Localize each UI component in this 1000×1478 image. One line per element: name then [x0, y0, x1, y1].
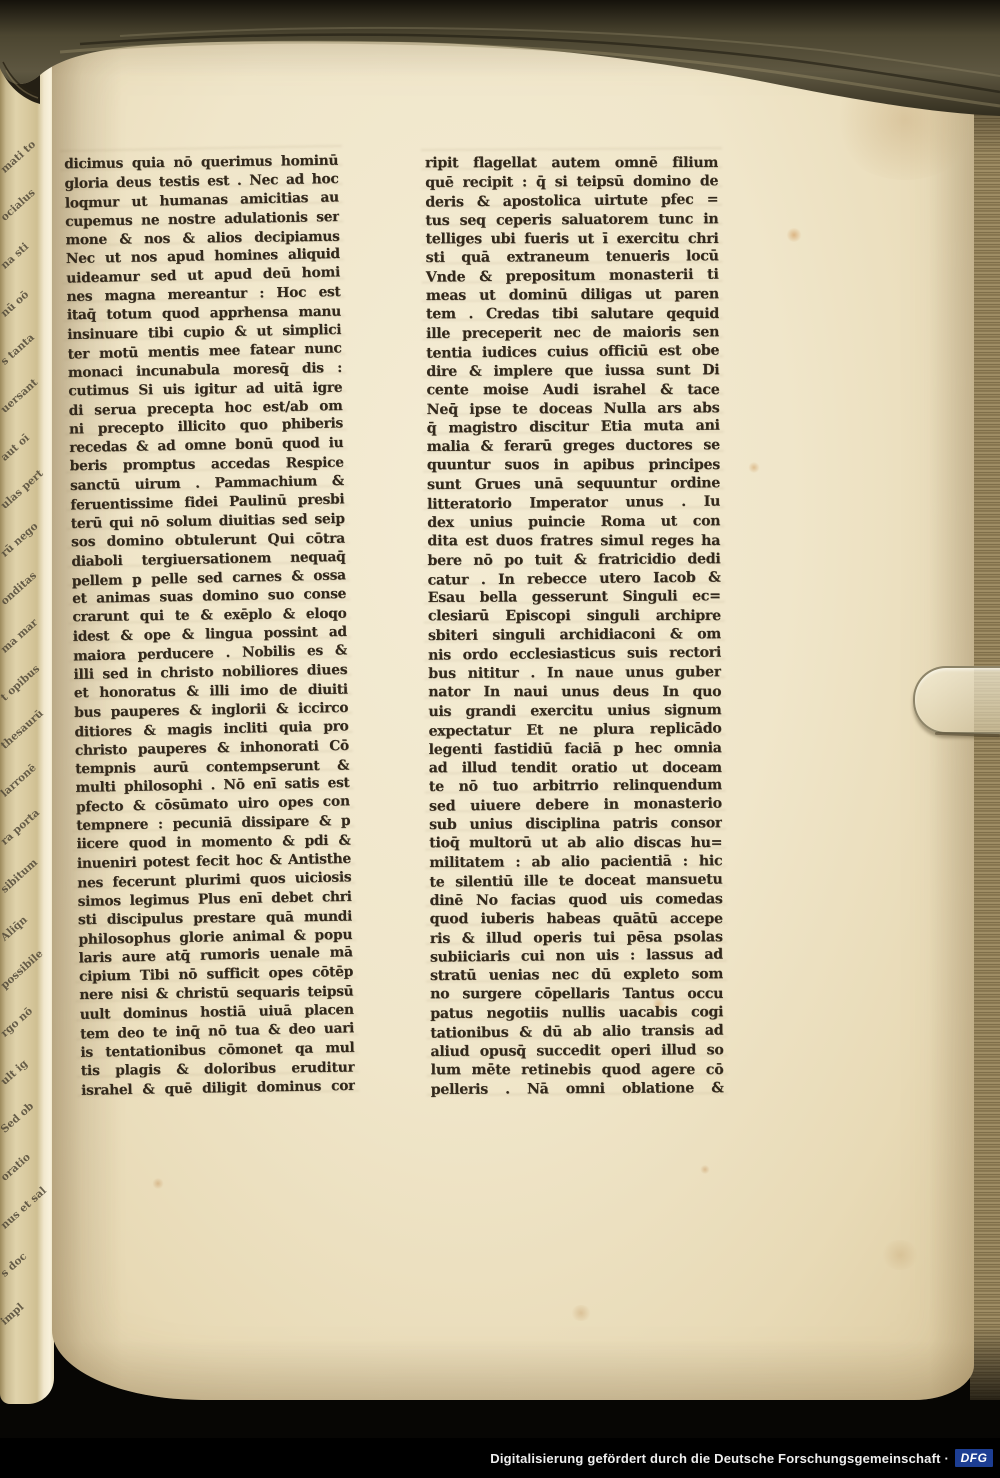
text-line: nator In naui unus deus In quo — [428, 683, 721, 702]
text-line: cutimus Si uis igitur ad uitā igre — [68, 378, 342, 400]
text-line: sti discipulus prestare quā mundi — [78, 907, 352, 929]
text-line: ripit flagellat autem omnē filium — [425, 154, 718, 173]
text-line: itaq̄ totum quod apprhensa manu — [67, 303, 341, 325]
text-line: te silentiū ille te doceat mansuetu — [429, 870, 722, 892]
page-holder-clip — [913, 666, 1000, 734]
text-line: sunt Grues unā sequuntur ordine — [427, 474, 720, 495]
margin-text-fragment: oratio — [0, 1141, 45, 1183]
margin-text-fragment: s doc — [0, 1237, 45, 1279]
margin-text-fragment: sibitum — [0, 853, 45, 895]
text-line: uis grandi exercitu unius signum — [428, 701, 721, 722]
text-line: sos domino obtulerunt Qui cōtra — [71, 529, 345, 551]
text-line: dex unius puincie Roma ut con — [427, 512, 720, 533]
facing-page-edge: mati toocialusna stinū oōs tantauersanta… — [0, 16, 54, 1404]
margin-text-fragment: Aliq̄n — [0, 901, 45, 943]
digitization-credit-bar: Digitalisierung gefördert durch die Deut… — [0, 1438, 1000, 1478]
margin-text-fragment: na sti — [0, 229, 45, 271]
text-line: Vnde & prepositum monasterii ti — [426, 266, 719, 288]
margin-text-fragment: rgo nō — [0, 997, 45, 1039]
text-line: bus nititur . In naue unus guber — [428, 663, 721, 684]
text-line: q̄ magistro discitur Etia muta ani — [427, 417, 720, 439]
text-line: sub unius disciplina patris consor — [429, 814, 722, 835]
text-line: expectatur Et ne plura replicādo — [428, 719, 721, 741]
text-line: stratū uenias nec dū expleto som — [430, 965, 723, 986]
text-column-left: dicimus quia nō querimus hominūgloria de… — [64, 151, 355, 1100]
text-line: tem . Credas tibi salutare qequid — [426, 305, 719, 324]
margin-text-fragment: uersant — [0, 373, 45, 415]
text-line: dinē No facias quod uis comedas — [430, 890, 723, 911]
margin-text-fragment: Sed ob — [0, 1093, 45, 1135]
text-line: subiiciaris cui non uis : lassus ad — [430, 946, 723, 968]
margin-text-fragment: ulas pert — [0, 469, 45, 511]
text-line: dita est duos fratres simul reges ha — [427, 532, 720, 551]
text-line: tentia iudices cuius officiū est obe — [426, 341, 719, 363]
margin-text-fragment: rū nego — [0, 517, 45, 559]
text-line: patus negotiis nullis uacabis cogi — [430, 1003, 723, 1024]
text-line: tationibus & dū ab alio transis ad — [430, 1022, 723, 1044]
margin-text-fragment: possibile — [0, 949, 45, 991]
margin-text-fragment: ra porta — [0, 805, 45, 847]
margin-text-fragment: thesaurū — [0, 709, 45, 751]
text-line: cente moise Audi israhel & tace — [426, 381, 719, 400]
dfg-logo: DFG — [955, 1449, 993, 1467]
text-line: quod iuberis habeas quātū accepe — [430, 910, 723, 929]
text-line: iicere quod in momento & pdi & — [77, 832, 351, 854]
margin-text-fragment: ult ig — [0, 1045, 45, 1087]
text-line: tempnis aurū contempserunt & — [75, 756, 349, 778]
margin-text-fragment: ma mar — [0, 613, 45, 655]
text-line: aliud opusq̄ succedit operi illud so — [430, 1041, 723, 1062]
text-line: quuntur suos in apibus principes — [427, 456, 720, 475]
margin-text-fragment: onditas — [0, 565, 45, 607]
margin-text-fragment: nū oō — [0, 277, 45, 319]
text-line: tus seq ceperis saluatorem tunc in — [425, 210, 718, 231]
text-line: ille preceperit nec de maioris sen — [426, 323, 719, 344]
margin-text-fragment: nus et sal — [0, 1189, 45, 1231]
text-line: catur . In rebecce utero Iacob & — [428, 568, 721, 590]
text-line: tioq̄ multorū ut ab alio discas hu= — [429, 834, 722, 853]
text-line: litteratorio Imperator unus . Iu — [427, 493, 720, 515]
text-line: legenti fastidiū faciā p hec omnia — [429, 739, 722, 760]
text-line: no surgere cōpellaris Tantus occu — [430, 985, 723, 1004]
text-line: Esau bella gesserunt Singuli ec= — [428, 588, 721, 609]
text-line: tis plagis & doloribus eruditur — [81, 1058, 355, 1080]
margin-text-fragment: larronē — [0, 757, 45, 799]
margin-text-fragment: s tanta — [0, 325, 45, 367]
margin-text-fragment: ocialus — [0, 181, 45, 223]
text-line: militatem : ab alio pacientiā : hic — [429, 852, 722, 873]
text-line: meas ut dominū diligas ut paren — [426, 285, 719, 306]
text-line: quē recipit : q̄ si teipsū domino de — [425, 172, 718, 193]
margin-text-fragment: impl — [0, 1285, 45, 1327]
text-line: bere nō po tuit & fratricidio dedi — [427, 550, 720, 571]
text-line: deris & apostolica uirtute pfec = — [425, 190, 718, 212]
book-top-edge — [0, 0, 1000, 140]
fore-edge — [970, 95, 1000, 1400]
margin-text-fragment: aut oī — [0, 421, 45, 463]
text-line: pelleris . Nā omni oblatione & — [431, 1079, 724, 1100]
text-line: beris promptus accedas Respice — [70, 454, 344, 476]
text-line: mone & nos & alios decipiamus — [65, 227, 339, 249]
text-line: dicimus quia nō querimus hominū — [64, 152, 338, 174]
text-line: sed uiuere debere in monasterio — [429, 795, 722, 817]
text-line: nis ordo ecclesiasticus suis rectori — [428, 644, 721, 666]
credit-text: Digitalisierung gefördert durch die Deut… — [490, 1451, 949, 1466]
text-line: nere nisi & christū sequaris teipsū — [79, 983, 353, 1005]
text-line: clesiarū Episcopi singuli archipre — [428, 607, 721, 626]
text-line: telliges ubi fueris ut ī exercitu chri — [426, 230, 719, 249]
text-line: lum mēte retinebis quod agere cō — [431, 1061, 724, 1080]
text-line: et honoratus & illi imo de diuiti — [74, 681, 348, 703]
text-line: malia & ferarū greges ductores se — [427, 437, 720, 458]
text-line: ad illud tendit oratio ut doceam — [429, 758, 722, 777]
text-column-right: ripit flagellat autem omnē filiumquē rec… — [425, 153, 724, 1099]
text-line: dire & implere que iussa sunt Di — [426, 361, 719, 382]
margin-text-fragment: t opibus — [0, 661, 45, 703]
